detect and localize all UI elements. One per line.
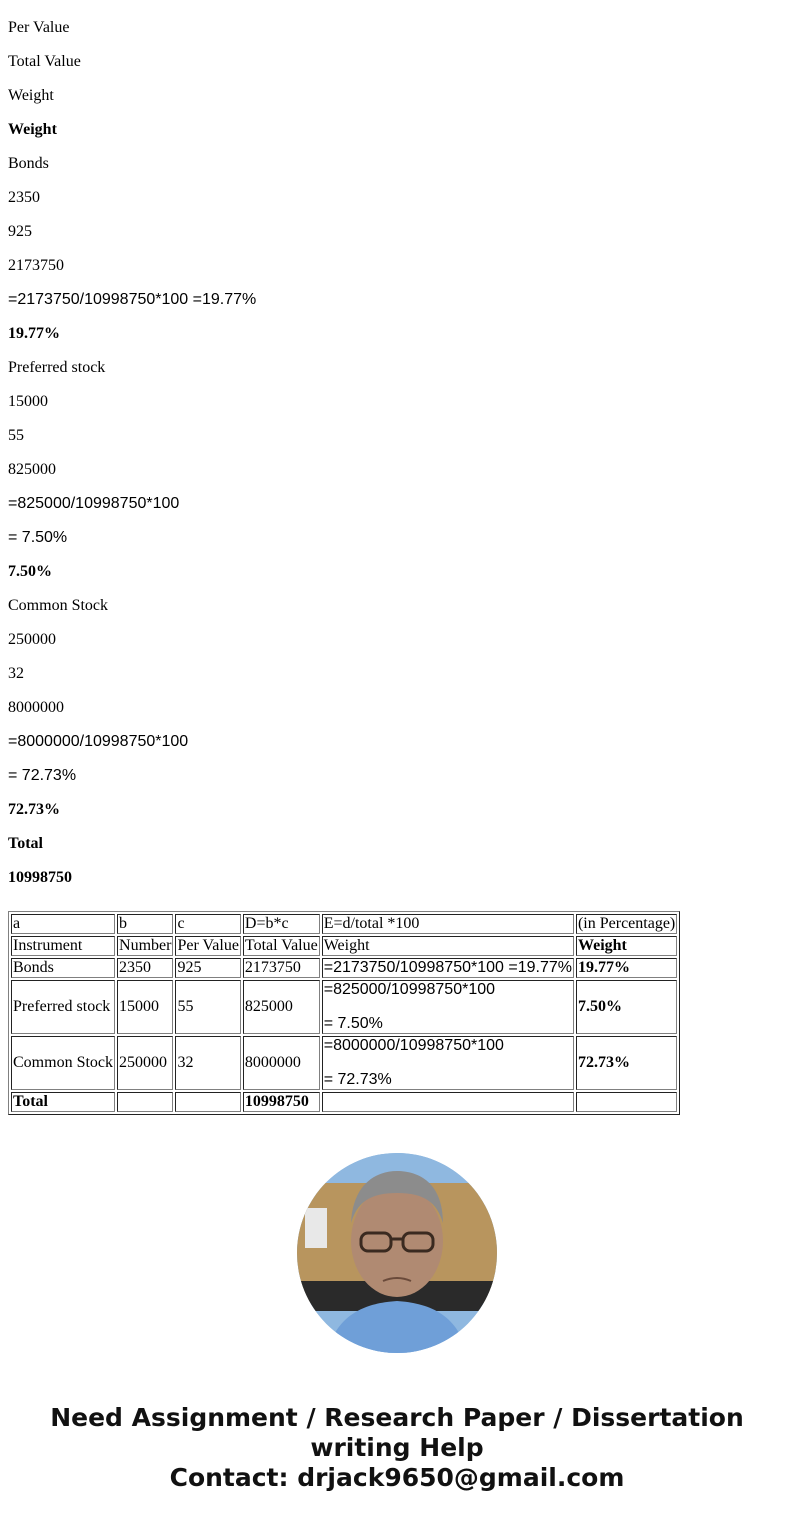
cell-line: = 72.73%: [324, 1071, 572, 1089]
table-cell: 19.77%: [576, 958, 677, 978]
table-cell: Bonds: [11, 958, 115, 978]
table-cell: 7.50%: [576, 980, 677, 1034]
table-cell: =8000000/10998750*100= 72.73%: [322, 1036, 574, 1090]
list-item: = 7.50%: [8, 529, 786, 547]
list-item: Preferred stock: [8, 359, 786, 377]
table-cell: E=d/total *100: [322, 914, 574, 934]
list-item: 10998750: [8, 869, 786, 887]
table-cell: Number: [117, 936, 173, 956]
contact-banner: Need Assignment / Research Paper / Disse…: [0, 1403, 794, 1493]
list-item: 8000000: [8, 699, 786, 717]
table-cell: 250000: [117, 1036, 173, 1090]
list-item: 7.50%: [8, 563, 786, 581]
list-item: =825000/10998750*100: [8, 495, 786, 513]
tutor-avatar: [297, 1153, 497, 1353]
list-item: Weight: [8, 121, 786, 139]
person-photo-icon: [297, 1153, 497, 1353]
list-item: Per Value: [8, 19, 786, 37]
list-item: 15000: [8, 393, 786, 411]
table-cell: 925: [175, 958, 240, 978]
table-cell: [117, 1092, 173, 1112]
table-cell: a: [11, 914, 115, 934]
list-item: 2173750: [8, 257, 786, 275]
cell-line: =8000000/10998750*100: [324, 1037, 572, 1055]
table-row: InstrumentNumberPer ValueTotal ValueWeig…: [11, 936, 677, 956]
list-item: Total Value: [8, 53, 786, 71]
table-row: Common Stock250000328000000=8000000/1099…: [11, 1036, 677, 1090]
contact-email: Contact: drjack9650@gmail.com: [0, 1463, 794, 1493]
list-item: Weight: [8, 87, 786, 105]
table-cell: 55: [175, 980, 240, 1034]
table-cell: Instrument: [11, 936, 115, 956]
list-item: 55: [8, 427, 786, 445]
table-cell: 2350: [117, 958, 173, 978]
table-cell: Total: [11, 1092, 115, 1112]
table-cell: =2173750/10998750*100 =19.77%: [322, 958, 574, 978]
list-item: Common Stock: [8, 597, 786, 615]
table-cell: 15000: [117, 980, 173, 1034]
table-cell: 8000000: [243, 1036, 320, 1090]
table-cell: 825000: [243, 980, 320, 1034]
cell-line: =825000/10998750*100: [324, 981, 572, 999]
table-cell: Per Value: [175, 936, 240, 956]
table-cell: [322, 1092, 574, 1112]
table-cell: [576, 1092, 677, 1112]
answer-text-list: NumberPer ValueTotal ValueWeightWeightBo…: [8, 0, 786, 903]
table-row: Preferred stock1500055825000=825000/1099…: [11, 980, 677, 1034]
list-item: Total: [8, 835, 786, 853]
table-cell: Weight: [576, 936, 677, 956]
table-row: Bonds23509252173750=2173750/10998750*100…: [11, 958, 677, 978]
list-item: 925: [8, 223, 786, 241]
table-cell: Weight: [322, 936, 574, 956]
table-cell: =825000/10998750*100= 7.50%: [322, 980, 574, 1034]
table-cell: (in Percentage): [576, 914, 677, 934]
table-cell: Common Stock: [11, 1036, 115, 1090]
list-item: 32: [8, 665, 786, 683]
table-cell: 10998750: [243, 1092, 320, 1112]
list-item: Number: [8, 0, 786, 3]
table-cell: 72.73%: [576, 1036, 677, 1090]
list-item: =2173750/10998750*100 =19.77%: [8, 291, 786, 309]
list-item: =8000000/10998750*100: [8, 733, 786, 751]
table-cell: D=b*c: [243, 914, 320, 934]
weights-table: abcD=b*cE=d/total *100(in Percentage)Ins…: [8, 911, 680, 1115]
table-cell: b: [117, 914, 173, 934]
table-cell: 32: [175, 1036, 240, 1090]
table-row: abcD=b*cE=d/total *100(in Percentage): [11, 914, 677, 934]
banner-line-1: Need Assignment / Research Paper / Disse…: [0, 1403, 794, 1433]
list-item: 72.73%: [8, 801, 786, 819]
list-item: Bonds: [8, 155, 786, 173]
list-item: = 72.73%: [8, 767, 786, 785]
banner-line-2: writing Help: [0, 1433, 794, 1463]
list-item: 825000: [8, 461, 786, 479]
table-cell: c: [175, 914, 240, 934]
table-cell: Preferred stock: [11, 980, 115, 1034]
list-item: 2350: [8, 189, 786, 207]
list-item: 250000: [8, 631, 786, 649]
list-item: 19.77%: [8, 325, 786, 343]
cell-line: = 7.50%: [324, 1015, 572, 1033]
table-cell: Total Value: [243, 936, 320, 956]
table-cell: [175, 1092, 240, 1112]
table-cell: 2173750: [243, 958, 320, 978]
table-row: Total 10998750: [11, 1092, 677, 1112]
